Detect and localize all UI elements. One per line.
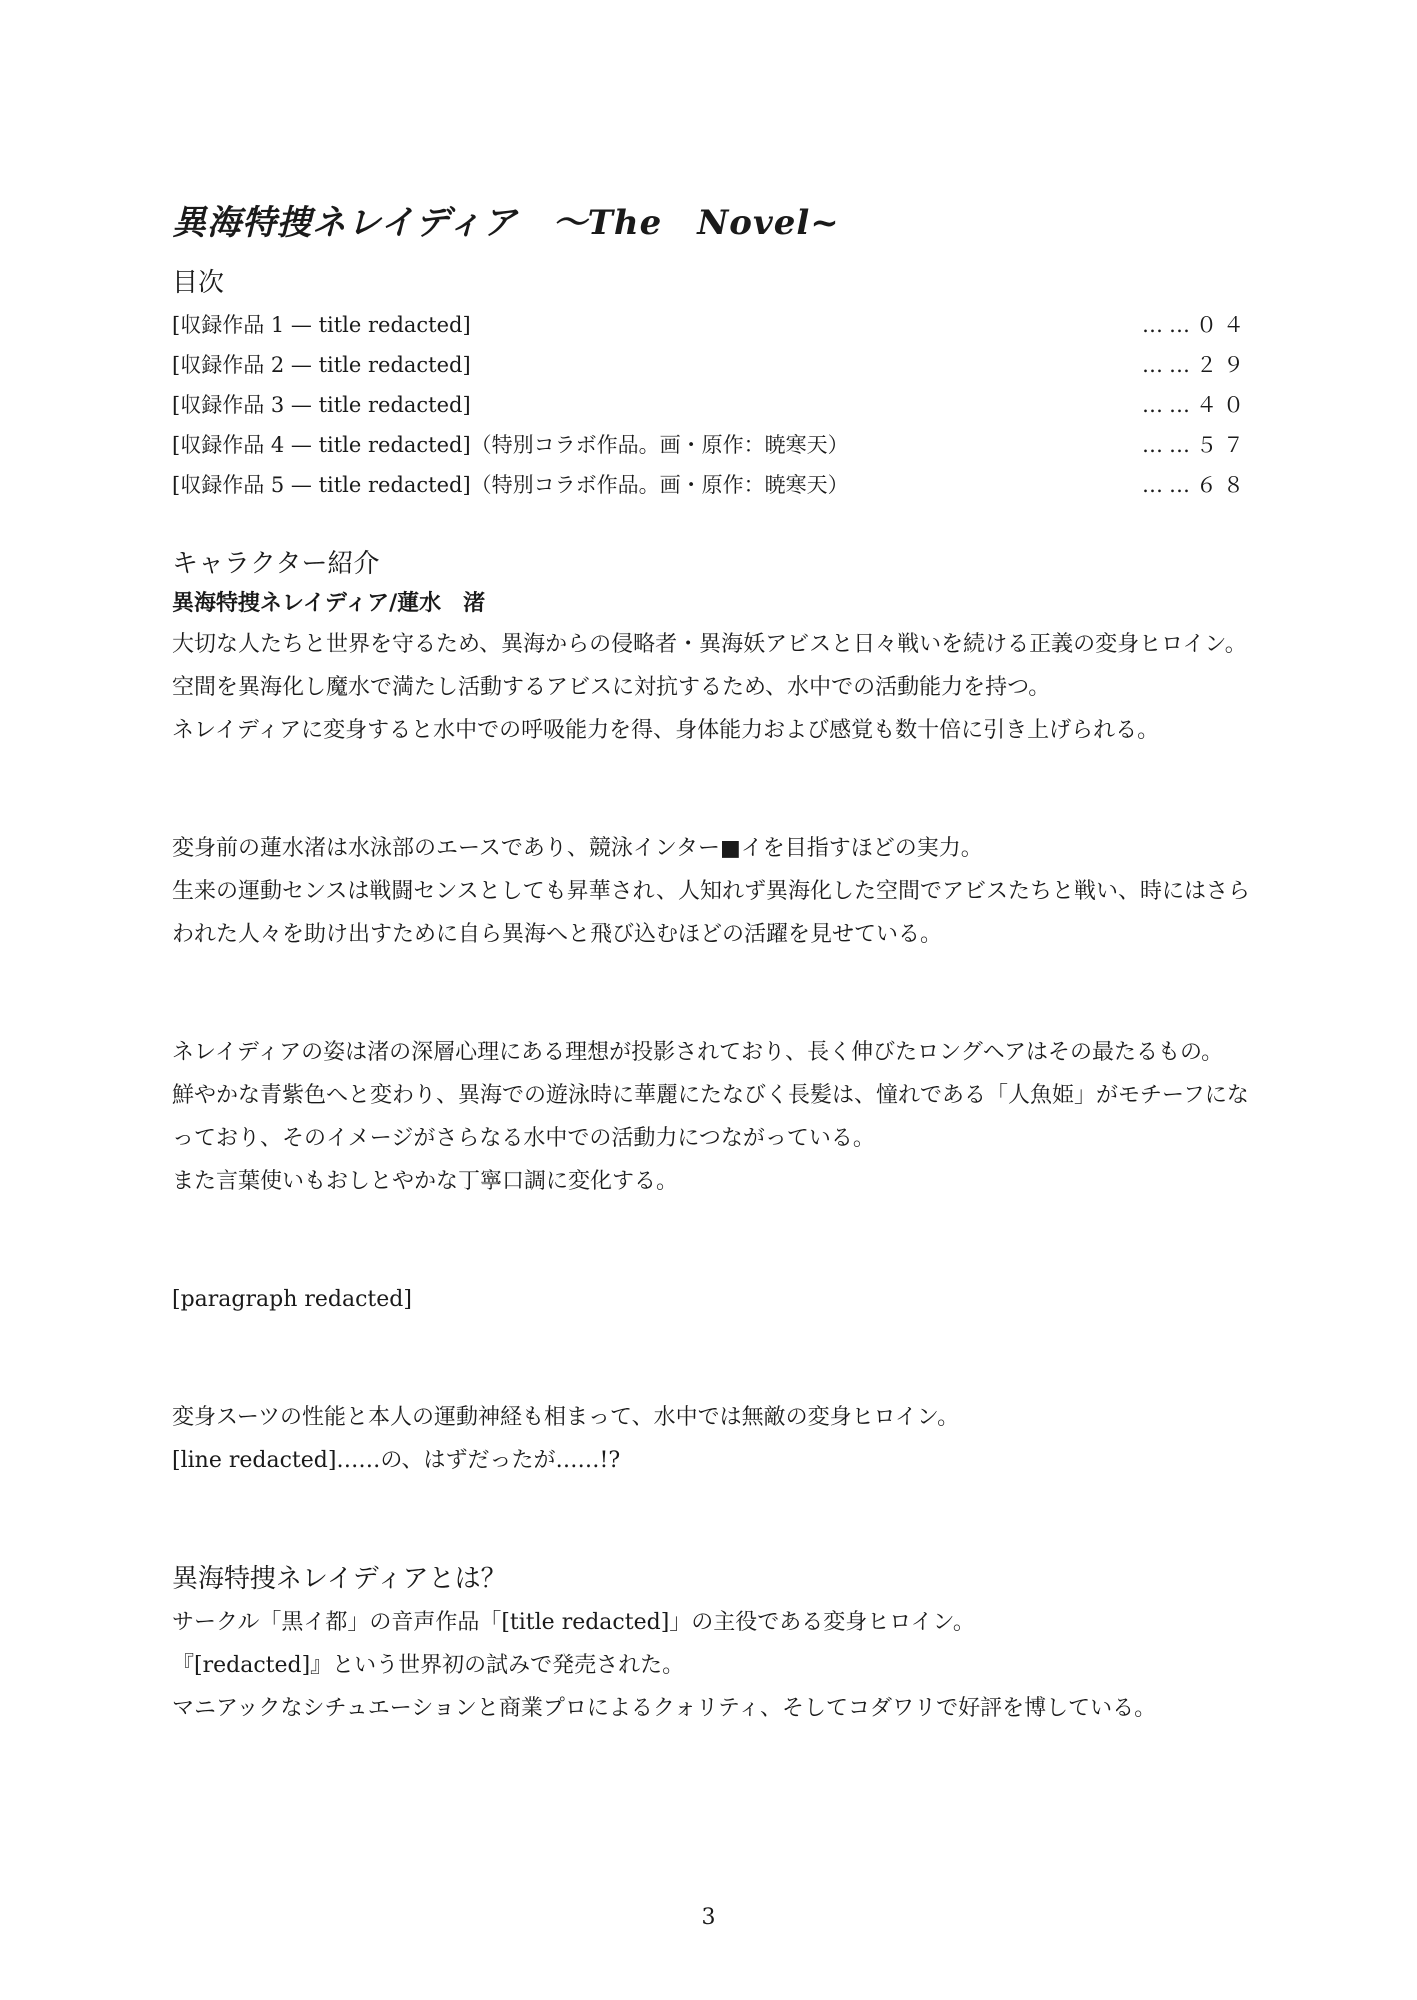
paragraph: [line redacted]……の、はずだったが……!? <box>172 1439 1252 1482</box>
about-heading: 異海特捜ネレイディアとは？ <box>172 1558 1252 1595</box>
paragraph: 生来の運動センスは戦闘センスとしても昇華され、人知れず異海化した空間でアビスたち… <box>172 870 1252 956</box>
character-name: 異海特捜ネレイディア/蓮水 渚 <box>172 586 1252 617</box>
toc-heading: 目次 <box>172 262 1252 299</box>
toc-entry-label: [収録作品 4 — title redacted]（特別コラボ作品。画・原作：暁… <box>172 425 849 465</box>
character-description: 大切な人たちと世界を守るため、異海からの侵略者・異海妖アビスと日々戦いを続ける正… <box>172 623 1252 1482</box>
toc-entry: [収録作品 4 — title redacted]（特別コラボ作品。画・原作：暁… <box>172 425 1252 465</box>
toc-entry-page: ……２９ <box>1142 345 1252 385</box>
page-number: 3 <box>0 1905 1417 1930</box>
toc-entry-label: [収録作品 1 — title redacted] <box>172 305 471 345</box>
paragraph-spacer <box>172 972 1252 1015</box>
paragraph: また言葉使いもおしとやかな丁寧口調に変化する。 <box>172 1160 1252 1203</box>
paragraph: 空間を異海化し魔水で満たし活動するアビスに対抗するため、水中での活動能力を持つ。 <box>172 666 1252 709</box>
paragraph-spacer <box>172 1337 1252 1380</box>
toc-entry-page: ……０４ <box>1142 305 1252 345</box>
paragraph: ネレイディアに変身すると水中での呼吸能力を得、身体能力および感覚も数十倍に引き上… <box>172 709 1252 752</box>
document-page: 異海特捜ネレイディア ～The Novel~ 目次 [収録作品 1 — titl… <box>172 195 1252 1730</box>
toc-entry-page: ……５７ <box>1142 425 1252 465</box>
toc-entry: [収録作品 3 — title redacted]……４０ <box>172 385 1252 425</box>
paragraph: サークル「黒イ都」の音声作品「[title redacted]」の主役である変身… <box>172 1601 1252 1644</box>
table-of-contents: [収録作品 1 — title redacted]……０４[収録作品 2 — t… <box>172 305 1252 505</box>
paragraph: 変身スーツの性能と本人の運動神経も相まって、水中では無敵の変身ヒロイン。 <box>172 1396 1252 1439</box>
paragraph-spacer <box>172 1219 1252 1262</box>
paragraph: 大切な人たちと世界を守るため、異海からの侵略者・異海妖アビスと日々戦いを続ける正… <box>172 623 1252 666</box>
toc-entry: [収録作品 1 — title redacted]……０４ <box>172 305 1252 345</box>
about-description: サークル「黒イ都」の音声作品「[title redacted]」の主役である変身… <box>172 1601 1252 1730</box>
paragraph: 鮮やかな青紫色へと変わり、異海での遊泳時に華麗にたなびく長髪は、憧れである「人魚… <box>172 1074 1252 1160</box>
toc-entry-page: ……４０ <box>1142 385 1252 425</box>
toc-entry: [収録作品 5 — title redacted]（特別コラボ作品。画・原作：暁… <box>172 465 1252 505</box>
character-heading: キャラクター紹介 <box>172 543 1252 580</box>
toc-entry-label: [収録作品 2 — title redacted] <box>172 345 471 385</box>
paragraph: [paragraph redacted] <box>172 1278 1252 1321</box>
toc-entry: [収録作品 2 — title redacted]……２９ <box>172 345 1252 385</box>
paragraph: 変身前の蓮水渚は水泳部のエースであり、競泳インター■イを目指すほどの実力。 <box>172 827 1252 870</box>
paragraph: マニアックなシチュエーションと商業プロによるクォリティ、そしてコダワリで好評を博… <box>172 1687 1252 1730</box>
paragraph-spacer <box>172 768 1252 811</box>
paragraph: ネレイディアの姿は渚の深層心理にある理想が投影されており、長く伸びたロングヘアは… <box>172 1031 1252 1074</box>
toc-entry-label: [収録作品 3 — title redacted] <box>172 385 471 425</box>
paragraph: 『[redacted]』という世界初の試みで発売された。 <box>172 1644 1252 1687</box>
toc-entry-label: [収録作品 5 — title redacted]（特別コラボ作品。画・原作：暁… <box>172 465 849 505</box>
toc-entry-page: ……６８ <box>1142 465 1252 505</box>
document-title: 異海特捜ネレイディア ～The Novel~ <box>172 195 1252 244</box>
